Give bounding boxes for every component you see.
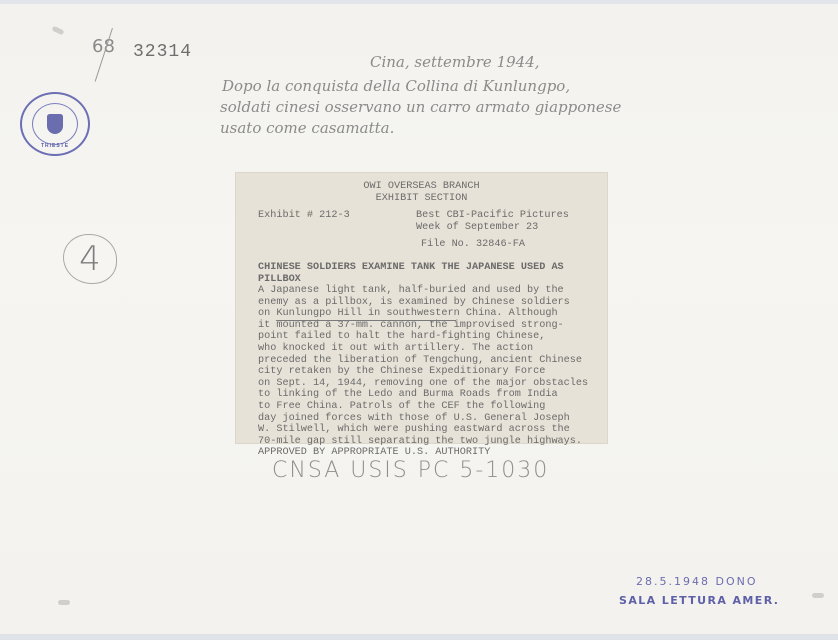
scan-bottom-edge	[0, 634, 838, 640]
body-line: to linking of the Ledo and Burma Roads f…	[258, 389, 603, 401]
body-line: to Free China. Patrols of the CEF the fo…	[258, 401, 603, 413]
clipping-header-line-1: OWI OVERSEAS BRANCH	[236, 181, 607, 193]
clipping-header-line-2: EXHIBIT SECTION	[236, 193, 607, 205]
body-line: A Japanese light tank, half-buried and u…	[258, 285, 603, 297]
handwritten-line-4: usato come casamatta.	[220, 118, 394, 139]
caption-title-line-2: PILLBOX	[258, 274, 598, 286]
caption-title: CHINESE SOLDIERS EXAMINE TANK THE JAPANE…	[258, 262, 598, 285]
caption-title-line-1: CHINESE SOLDIERS EXAMINE TANK THE JAPANE…	[258, 262, 598, 274]
catalog-code: CNSA USIS PC 5-1030	[272, 458, 549, 483]
file-number: File No. 32846-FA	[421, 239, 525, 251]
smudge-mark	[52, 26, 65, 36]
archive-stamp-text: TRIESTE	[22, 143, 88, 149]
scan-top-edge	[0, 0, 838, 4]
typed-caption-clipping: OWI OVERSEAS BRANCH EXHIBIT SECTION Exhi…	[236, 173, 607, 443]
body-line: enemy as a pillbox, is examined by Chine…	[258, 297, 603, 309]
smudge-mark	[812, 593, 824, 598]
body-line: it mounted a 37-mm. cannon, the improvis…	[258, 320, 603, 332]
body-line: preceded the liberation of Tengchung, an…	[258, 355, 603, 367]
body-line-underlined: on Kunlungpo Hill in southwestern China.…	[258, 308, 603, 320]
handwritten-line-3: soldati cinesi osservano un carro armato…	[220, 97, 621, 118]
category-line-1: Best CBI-Pacific Pictures	[416, 210, 569, 222]
body-line: 70-mile gap still separating the two jun…	[258, 436, 603, 448]
inventory-number: 32314	[133, 42, 192, 62]
body-line: W. Stilwell, which were pushing eastward…	[258, 424, 603, 436]
exhibit-category: Best CBI-Pacific Pictures Week of Septem…	[416, 210, 569, 233]
donation-stamp-date: 28.5.1948 DONO	[636, 575, 758, 588]
photo-back-sheet: 68 32314 TRIESTE Cina, settembre 1944, D…	[0, 0, 838, 640]
body-line: point failed to halt the hard-fighting C…	[258, 331, 603, 343]
body-line: on Sept. 14, 1944, removing one of the m…	[258, 378, 603, 390]
body-line: who knocked it out with artillery. The a…	[258, 343, 603, 355]
caption-body: A Japanese light tank, half-buried and u…	[258, 285, 603, 459]
category-line-2: Week of September 23	[416, 222, 569, 234]
archive-stamp: TRIESTE	[20, 92, 90, 156]
underline-mark	[276, 320, 456, 321]
archive-stamp-inner-ring	[32, 103, 78, 145]
circled-number: 4	[63, 234, 117, 284]
handwritten-line-2: Dopo la conquista della Collina di Kunlu…	[222, 76, 570, 97]
body-line: day joined forces with those of U.S. Gen…	[258, 413, 603, 425]
body-line: city retaken by the Chinese Expeditionar…	[258, 366, 603, 378]
handwritten-line-1: Cina, settembre 1944,	[370, 52, 540, 73]
smudge-mark	[58, 600, 70, 605]
clipping-header: OWI OVERSEAS BRANCH EXHIBIT SECTION	[236, 181, 607, 204]
donation-stamp-library: SALA LETTURA AMER.	[619, 594, 779, 607]
exhibit-number: Exhibit # 212-3	[258, 210, 350, 222]
shield-icon	[47, 114, 63, 134]
